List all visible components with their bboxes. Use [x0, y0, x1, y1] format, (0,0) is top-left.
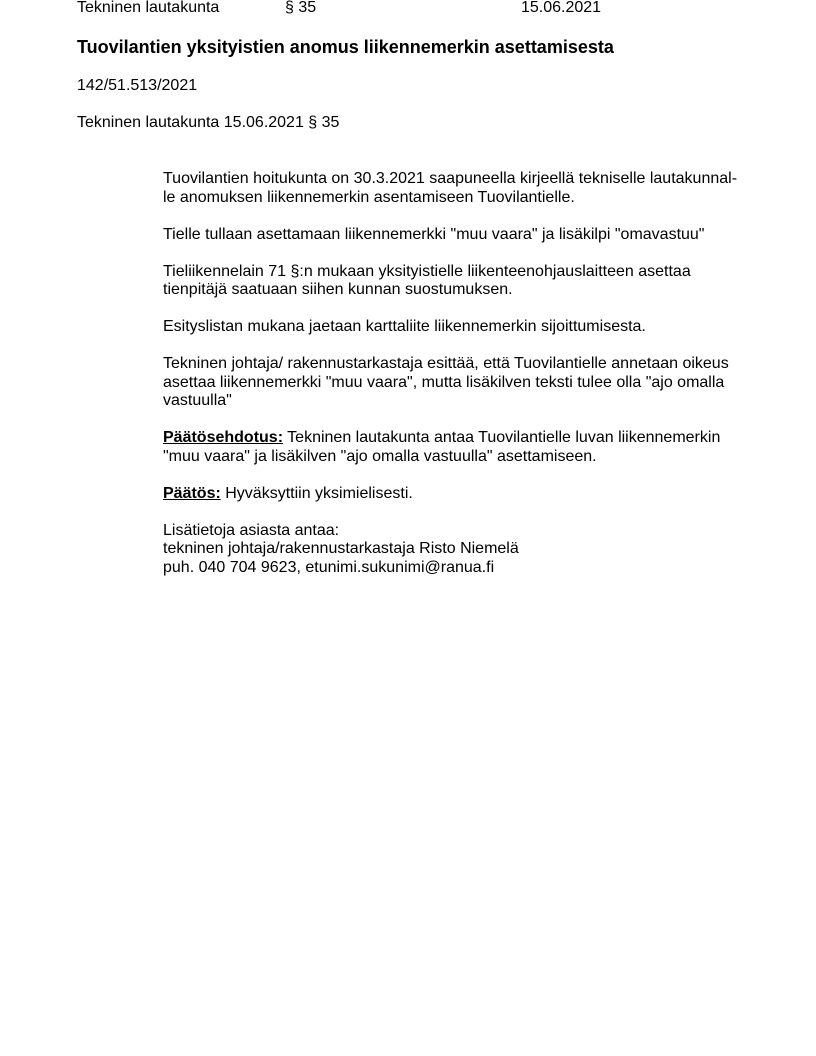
proposal-label: Päätösehdotus: [163, 429, 283, 446]
decision-text: Hyväksyttiin yksimielisesti. [221, 485, 413, 502]
header-section: § 35 [285, 0, 316, 17]
paragraph-attachment: Esityslistan mukana jaetaan karttaliite … [163, 318, 753, 337]
diary-number: 142/51.513/2021 [77, 77, 197, 95]
paragraph-sign: Tielle tullaan asettamaan liikennemerkki… [163, 226, 753, 245]
meeting-reference: Tekninen lautakunta 15.06.2021 § 35 [77, 114, 339, 132]
header-board: Tekninen lautakunta [77, 0, 219, 17]
contact-details: puh. 040 704 9623, etunimi.sukunimi@ranu… [163, 559, 753, 578]
proposal: Päätösehdotus: Tekninen lautakunta antaa… [163, 429, 753, 466]
page-header: Tekninen lautakunta § 35 15.06.2021 [0, 0, 816, 19]
decision-label: Päätös: [163, 485, 221, 502]
header-date: 15.06.2021 [521, 0, 601, 17]
paragraph-presentation: Tekninen johtaja/ rakennustarkastaja esi… [163, 355, 753, 411]
paragraph-law: Tieliikennelain 71 §:n mukaan yksityisti… [163, 263, 753, 300]
contact-intro: Lisätietoja asiasta antaa: [163, 522, 753, 541]
contact-info: Lisätietoja asiasta antaa: tekninen joht… [163, 522, 753, 578]
contact-person: tekninen johtaja/rakennustarkastaja Rist… [163, 540, 753, 559]
document-body: Tuovilantien hoitukunta on 30.3.2021 saa… [163, 170, 753, 577]
document-title: Tuovilantien yksityistien anomus liikenn… [77, 37, 614, 57]
decision: Päätös: Hyväksyttiin yksimielisesti. [163, 485, 753, 504]
paragraph-application: Tuovilantien hoitukunta on 30.3.2021 saa… [163, 170, 753, 207]
